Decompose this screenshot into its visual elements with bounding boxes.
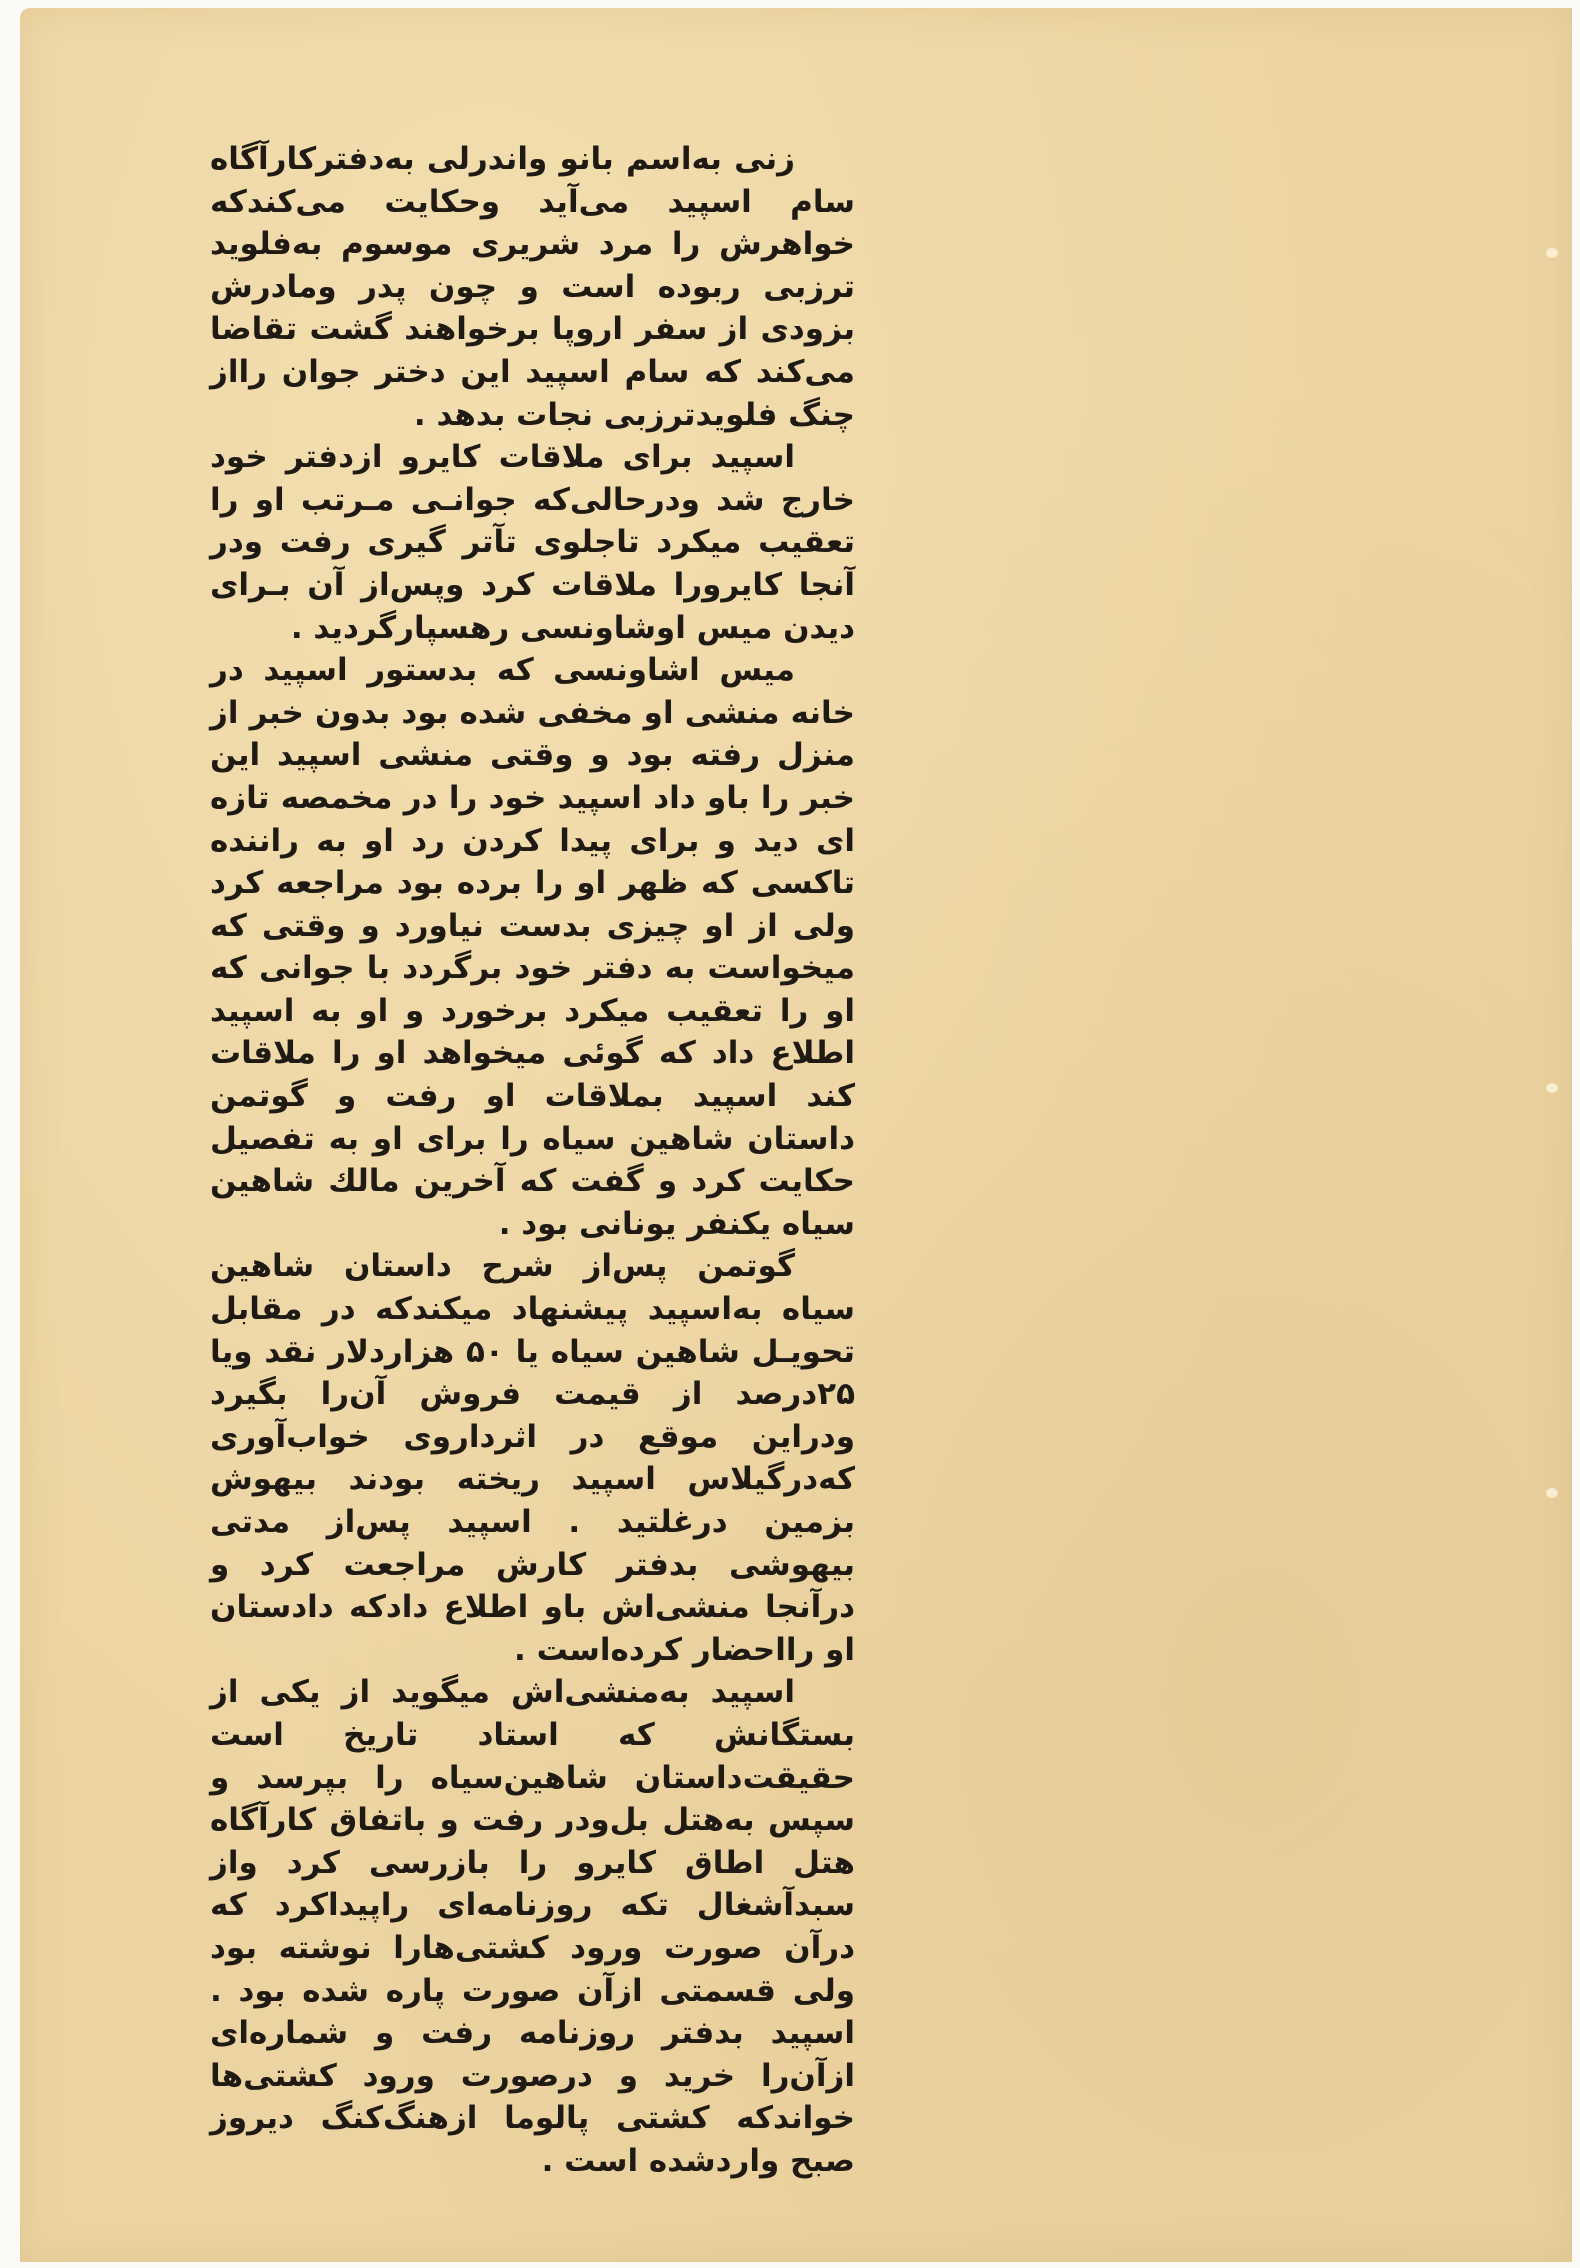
crease-mark — [1546, 248, 1558, 258]
paragraph-4: گوتمن پس‌از شرح داستان شاهین سیاه به‌اسپ… — [210, 1245, 855, 1671]
paragraph-1: زنی به‌اسم بانو واندرلی به‌دفترکارآگاه س… — [210, 138, 855, 436]
paragraph-2: اسپید برای ملاقات کایرو ازدفتر خود خارج … — [210, 436, 855, 649]
paper-edge-creases — [1542, 8, 1572, 2262]
paragraph-5: اسپید به‌منشی‌اش میگوید از یکی از بستگان… — [210, 1671, 855, 2182]
text-column: زنی به‌اسم بانو واندرلی به‌دفترکارآگاه س… — [210, 138, 855, 2183]
paper-sheet: زنی به‌اسم بانو واندرلی به‌دفترکارآگاه س… — [20, 8, 1572, 2262]
paragraph-3: میس اشاونسی که بدستور اسپید در خانه منشی… — [210, 649, 855, 1245]
crease-mark — [1546, 1488, 1558, 1498]
crease-mark — [1546, 1083, 1558, 1093]
